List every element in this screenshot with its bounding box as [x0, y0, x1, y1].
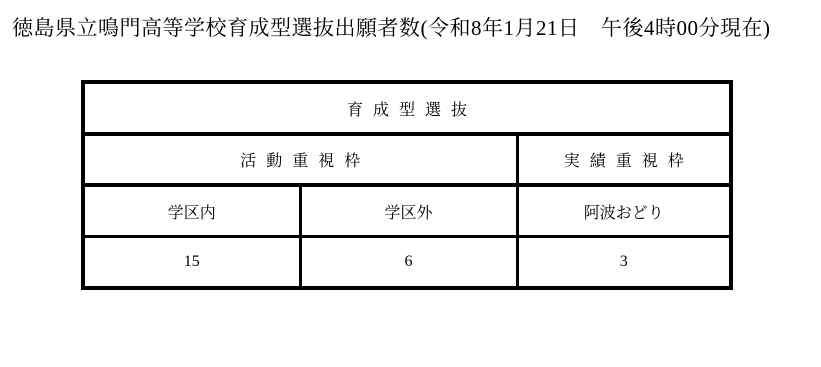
column-header-gakku-gai: 学区外 [300, 185, 517, 237]
group-header-jisseki-juushi-waku: 実 績 重 視 枠 [517, 134, 731, 185]
value-awa-odori: 3 [517, 237, 731, 289]
page-title: 徳島県立鳴門高等学校育成型選抜出願者数(令和8年1月21日 午後4時00分現在) [12, 12, 770, 42]
applicants-table: 育 成 型 選 抜 活 動 重 視 枠 実 績 重 視 枠 学区内 学区外 阿波… [81, 80, 733, 290]
document-page: 徳島県立鳴門高等学校育成型選抜出願者数(令和8年1月21日 午後4時00分現在)… [0, 0, 821, 367]
value-gakku-gai: 6 [300, 237, 517, 289]
table-row-top-header: 育 成 型 選 抜 [83, 82, 731, 134]
value-gakku-nai: 15 [83, 237, 300, 289]
group-header-katsudo-juushi-waku: 活 動 重 視 枠 [83, 134, 517, 185]
header-ikuseigata-senbatsu: 育 成 型 選 抜 [83, 82, 731, 134]
column-header-gakku-nai: 学区内 [83, 185, 300, 237]
table-row-values: 15 6 3 [83, 237, 731, 289]
column-header-awa-odori: 阿波おどり [517, 185, 731, 237]
table-row-group-headers: 活 動 重 視 枠 実 績 重 視 枠 [83, 134, 731, 185]
table-row-column-headers: 学区内 学区外 阿波おどり [83, 185, 731, 237]
